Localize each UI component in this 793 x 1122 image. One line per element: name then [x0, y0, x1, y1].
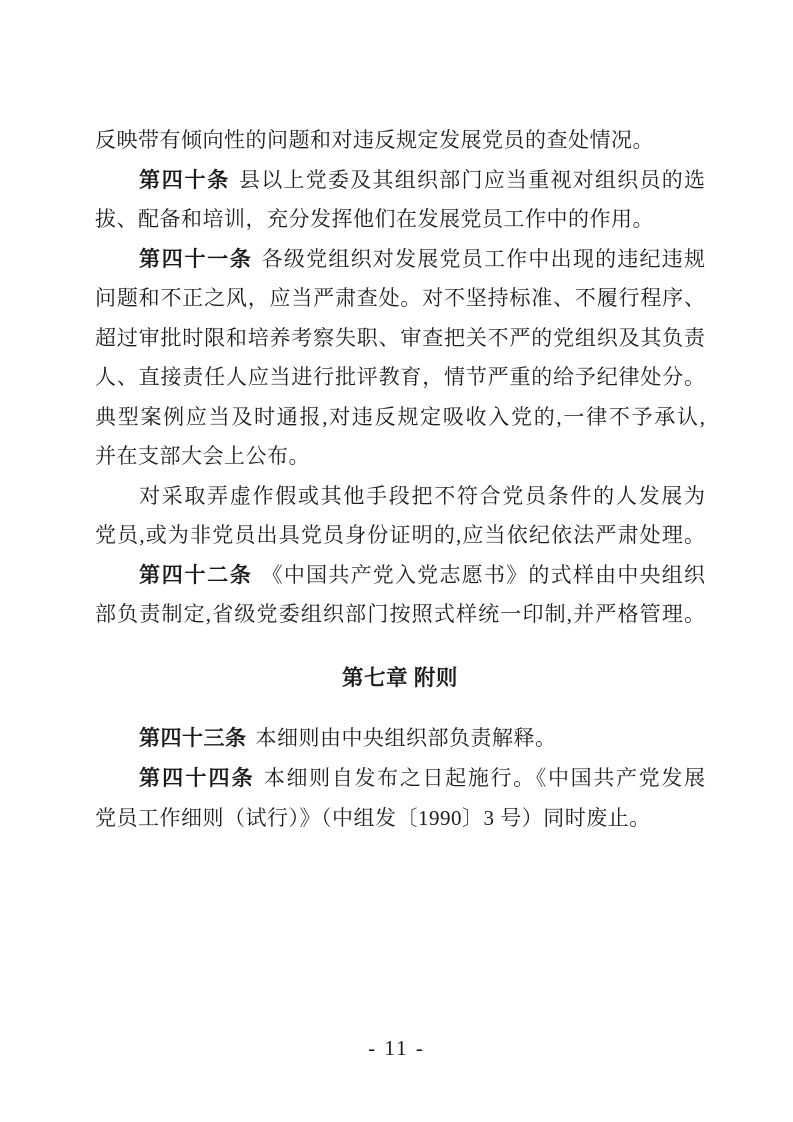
- line-text: 本细则自发布之日起施行。《中国共产党发展: [264, 766, 705, 790]
- line-text: 并在支部大会上公布。: [95, 444, 310, 468]
- text-line: 第四十三条本细则由中央组织部负责解释。: [95, 718, 705, 758]
- line-text: 反映带有倾向性的问题和对违反规定发展党员的查处情况。: [95, 128, 654, 152]
- text-line: 党员,或为非党员出具党员身份证明的,应当依纪依法严肃处理。: [95, 516, 705, 556]
- line-text: 党员工作细则（试行）》（中组发〔1990〕3 号）同时废止。: [95, 806, 651, 830]
- text-line: 拔、配备和培训，充分发挥他们在发展党员工作中的作用。: [95, 200, 705, 240]
- text-line: 反映带有倾向性的问题和对违反规定发展党员的查处情况。: [95, 121, 705, 161]
- line-text: 部负责制定,省级党委组织部门按照式样统一印制,并严格管理。: [95, 602, 705, 626]
- document-page: 反映带有倾向性的问题和对违反规定发展党员的查处情况。 第四十条县以上党委及其组织…: [0, 0, 793, 1122]
- text-line: 并在支部大会上公布。: [95, 437, 705, 477]
- text-line: 人、直接责任人应当进行批评教育，情节严重的给予纪律处分。: [95, 358, 705, 398]
- text-line: 典型案例应当及时通报,对违反规定吸收入党的,一律不予承认,: [95, 398, 705, 438]
- line-text: 拔、配备和培训，充分发挥他们在发展党员工作中的作用。: [95, 207, 654, 231]
- line-text: 各级党组织对发展党员工作中出现的违纪违规: [262, 247, 705, 271]
- text-line: 对采取弄虚作假或其他手段把不符合党员条件的人发展为: [95, 477, 705, 517]
- article-number: 第四十四条: [139, 766, 255, 790]
- line-text: 人、直接责任人应当进行批评教育，情节严重的给予纪律处分。: [95, 365, 705, 389]
- text-line: 部负责制定,省级党委组织部门按照式样统一印制,并严格管理。: [95, 595, 705, 635]
- line-text: 对采取弄虚作假或其他手段把不符合党员条件的人发展为: [139, 484, 705, 508]
- line-text: 县以上党委及其组织部门应当重视对组织员的选: [239, 168, 705, 192]
- article-number: 第四十二条: [139, 563, 253, 587]
- text-line: 第四十四条本细则自发布之日起施行。《中国共产党发展: [95, 758, 705, 798]
- text-line: 超过审批时限和培养考察失职、审查把关不严的党组织及其负责: [95, 319, 705, 359]
- line-text: 本细则由中央组织部负责解释。: [256, 726, 557, 750]
- line-text: 问题和不正之风，应当严肃查处。对不坚持标准、不履行程序、: [95, 286, 705, 310]
- text-line: 党员工作细则（试行）》（中组发〔1990〕3 号）同时废止。: [95, 798, 705, 838]
- article-number: 第四十一条: [139, 247, 253, 271]
- text-line: 第四十二条《中国共产党入党志愿书》的式样由中央组织: [95, 556, 705, 596]
- line-text: 超过审批时限和培养考察失职、审查把关不严的党组织及其负责: [95, 326, 705, 350]
- chapter-heading: 第七章 附则: [95, 659, 705, 699]
- text-line: 第四十条县以上党委及其组织部门应当重视对组织员的选: [95, 161, 705, 201]
- line-text: 典型案例应当及时通报,对违反规定吸收入党的,一律不予承认,: [95, 405, 705, 429]
- article-number: 第四十三条: [139, 726, 247, 750]
- article-number: 第四十条: [139, 168, 230, 192]
- line-text: 《中国共产党入党志愿书》的式样由中央组织: [262, 563, 705, 587]
- text-line: 第四十一条各级党组织对发展党员工作中出现的违纪违规: [95, 240, 705, 280]
- page-number: - 11 -: [0, 1036, 793, 1061]
- closing-paragraphs: 第四十三条本细则由中央组织部负责解释。 第四十四条本细则自发布之日起施行。《中国…: [95, 718, 705, 838]
- line-text: 党员,或为非党员出具党员身份证明的,应当依纪依法严肃处理。: [95, 523, 705, 547]
- body-text: 反映带有倾向性的问题和对违反规定发展党员的查处情况。 第四十条县以上党委及其组织…: [95, 121, 705, 838]
- text-line: 问题和不正之风，应当严肃查处。对不坚持标准、不履行程序、: [95, 279, 705, 319]
